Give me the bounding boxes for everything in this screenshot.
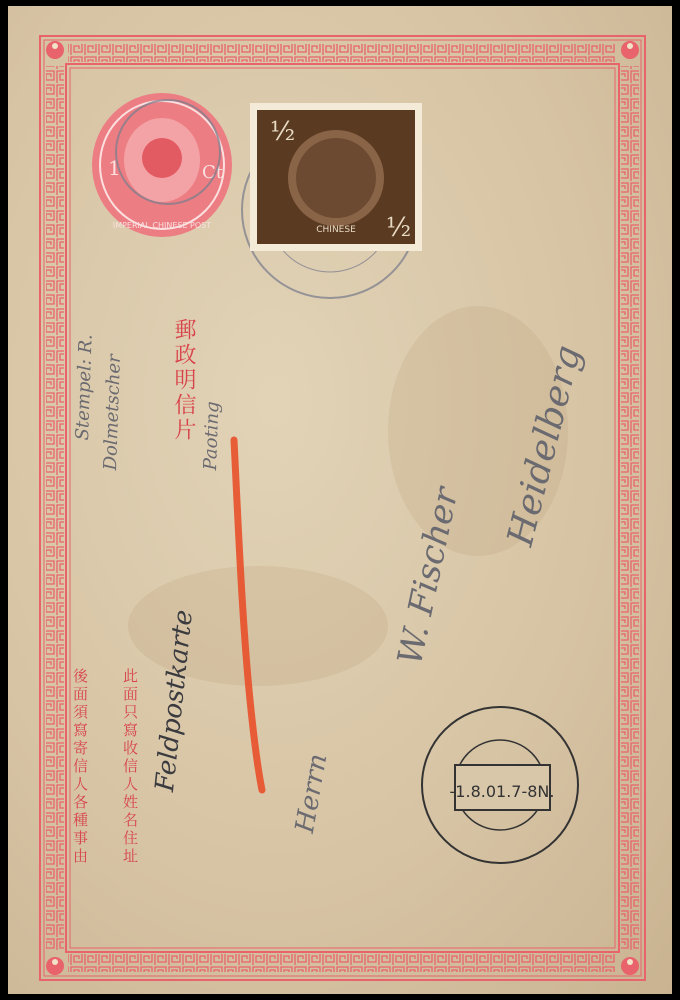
- svg-text:IMPERIAL CHINESE POST: IMPERIAL CHINESE POST: [113, 221, 211, 230]
- svg-text:CHINESE: CHINESE: [316, 225, 356, 235]
- printed-indicium: 1 Ct IMPERIAL CHINESE POST: [92, 93, 232, 237]
- adhesive-stamp: ½ ½ CHINESE: [250, 103, 422, 251]
- svg-text:½: ½: [270, 117, 295, 147]
- instruction-line-1: 此面只寫收信人姓名住址: [120, 668, 141, 866]
- sender-line-1: Dolmetscher: [100, 354, 125, 471]
- card-artwork: 1 Ct IMPERIAL CHINESE POST ½ ½ CHINESE -…: [0, 0, 680, 1000]
- destination-postmark: -1.8.01.7-8N.: [422, 707, 578, 863]
- sender-stamp-note: Stempel: R.: [72, 334, 97, 441]
- sender-line-2: Paoting: [200, 401, 223, 471]
- card-title-chinese: 郵政明信片: [168, 318, 199, 443]
- svg-text:½: ½: [386, 213, 411, 243]
- instruction-line-2: 後面須寫寄信人各種事由: [70, 668, 91, 866]
- svg-text:-1.8.01.7-8N.: -1.8.01.7-8N.: [450, 782, 555, 801]
